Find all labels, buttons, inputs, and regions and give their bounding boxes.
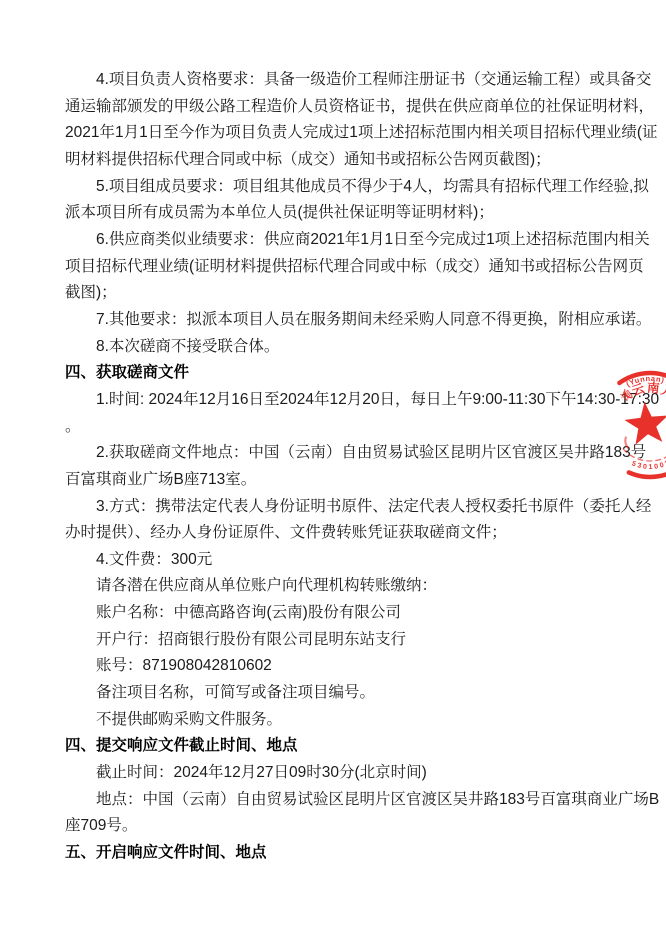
text-line: 2.获取磋商文件地点：中国（云南）自由贸易试验区昆明片区官渡区吴井路183号 — [65, 440, 605, 467]
text-line: 账户名称：中德高路咨询(云南)股份有限公司 — [65, 600, 605, 627]
text-line: 2021年1月1日至今作为项目负责人完成过1项上述招标范围内相关项目招标代理业绩… — [65, 120, 605, 147]
text-line: 7.其他要求：拟派本项目人员在服务期间未经采购人同意不得更换，附相应承诺。 — [65, 307, 605, 334]
text-line: 账号：871908042810602 — [65, 653, 605, 680]
text-line: 请各潜在供应商从单位账户向代理机构转账缴纳： — [65, 573, 605, 600]
document-body: 4.项目负责人资格要求：具备一级造价工程师注册证书（交通运输工程）或具备交通运输… — [65, 67, 605, 867]
text-line: 3.方式：携带法定代表人身份证明书原件、法定代表人授权委托书原件（委托人经 — [65, 494, 605, 521]
section-heading: 四、提交响应文件截止时间、地点 — [65, 733, 605, 760]
text-line: 5.项目组成员要求：项目组其他成员不得少于4人，均需具有招标代理工作经验,拟 — [65, 174, 605, 201]
text-line: 百富琪商业广场B座713室。 — [65, 467, 605, 494]
text-line: 座709号。 — [65, 813, 605, 840]
text-line: 8.本次磋商不接受联合体。 — [65, 334, 605, 361]
text-line: 不提供邮购采购文件服务。 — [65, 707, 605, 734]
text-line: 截图)； — [65, 280, 605, 307]
text-line: 备注项目名称，可简写或备注项目编号。 — [65, 680, 605, 707]
text-line: 。 — [65, 414, 605, 441]
text-line: 派本项目所有成员需为本单位人员(提供社保证明等证明材料)； — [65, 200, 605, 227]
text-line: 明材料提供招标代理合同或中标（成交）通知书或招标公告网页截图)； — [65, 147, 605, 174]
text-line: 6.供应商类似业绩要求：供应商2021年1月1日至今完成过1项上述招标范围内相关 — [65, 227, 605, 254]
document-page: 4.项目负责人资格要求：具备一级造价工程师注册证书（交通运输工程）或具备交通运输… — [0, 0, 666, 936]
text-line: 1.时间: 2024年12月16日至2024年12月20日，每日上午9:00-1… — [65, 387, 605, 414]
text-line: 通运输部颁发的甲级公路工程造价人员资格证书，提供在供应商单位的社保证明材料， — [65, 94, 605, 121]
text-line: 地点：中国（云南）自由贸易试验区昆明片区官渡区吴井路183号百富琪商业广场B — [65, 787, 605, 814]
section-heading: 四、获取磋商文件 — [65, 360, 605, 387]
text-line: 开户行：招商银行股份有限公司昆明东站支行 — [65, 627, 605, 654]
text-line: 4.项目负责人资格要求：具备一级造价工程师注册证书（交通运输工程）或具备交 — [65, 67, 605, 94]
text-line: 4.文件费：300元 — [65, 547, 605, 574]
text-line: 截止时间：2024年12月27日09时30分(北京时间) — [65, 760, 605, 787]
text-line: 办时提供）、经办人身份证原件、文件费转账凭证获取磋商文件； — [65, 520, 605, 547]
text-line: 项目招标代理业绩(证明材料提供招标代理合同或中标（成交）通知书或招标公告网页 — [65, 254, 605, 281]
section-heading: 五、开启响应文件时间、地点 — [65, 840, 605, 867]
